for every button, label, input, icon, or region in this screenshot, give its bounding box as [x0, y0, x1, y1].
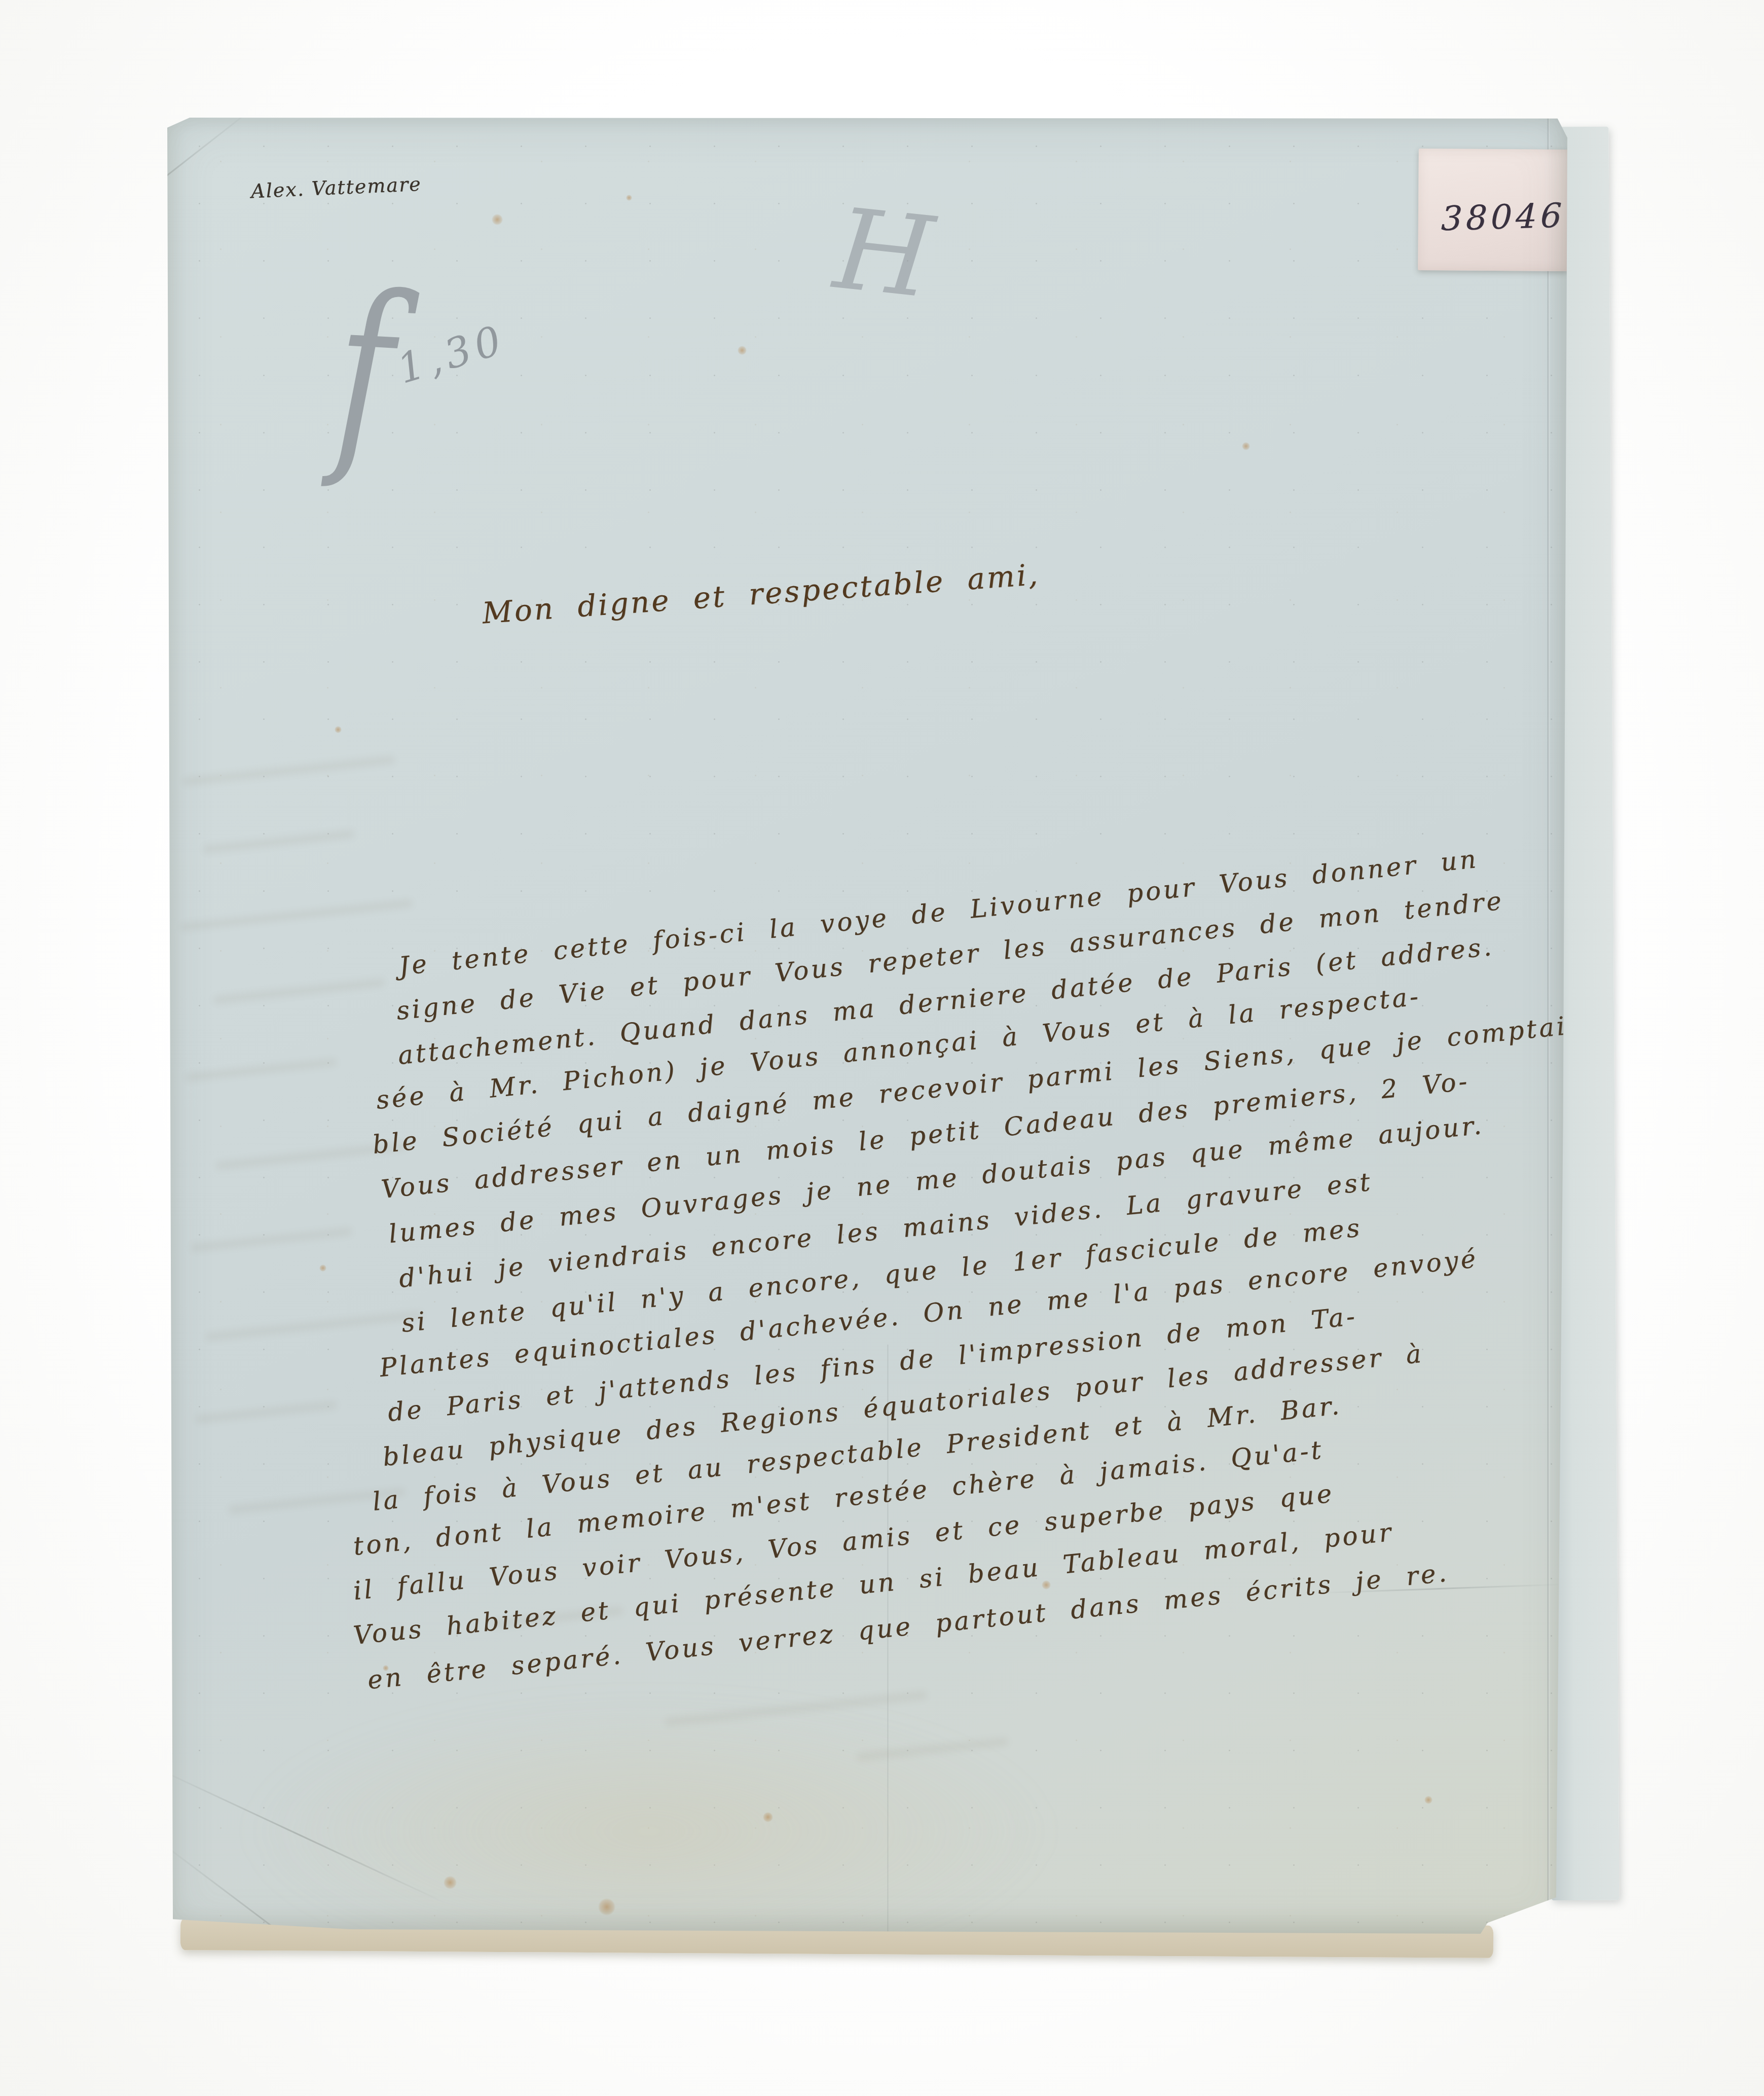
pencil-monogram: H [829, 184, 939, 323]
crease-bottom-left-2 [157, 1839, 360, 1993]
foxing-spot [444, 1876, 457, 1889]
ink-showthrough [213, 978, 385, 1004]
ink-showthrough [857, 1737, 1009, 1761]
ink-showthrough [180, 899, 413, 931]
foxing-spot [738, 346, 747, 355]
foxing-spot [335, 726, 342, 733]
foxing-spot [598, 1898, 615, 1916]
ink-showthrough [203, 829, 355, 853]
ink-showthrough [190, 1227, 352, 1252]
paper-discoloration [243, 1700, 1054, 1963]
foxing-spot [763, 1812, 773, 1822]
inventory-number: 38046 [1441, 196, 1566, 239]
photo-backdrop: Alex. Vattemare H f 1,30 Mon digne et re… [0, 0, 1764, 2096]
ink-showthrough [185, 1058, 337, 1081]
ink-showthrough [195, 1400, 337, 1423]
pencil-price-value: 1,30 [392, 315, 511, 393]
crease-bottom-left [152, 1765, 446, 1904]
letter-sheet: Alex. Vattemare H f 1,30 Mon digne et re… [167, 118, 1567, 1934]
foxing-spot [1242, 442, 1250, 450]
pencil-price-currency: f [331, 266, 398, 479]
foxing-spot [1424, 1796, 1432, 1804]
inventory-label: 38046 [1418, 149, 1569, 271]
foxing-spot [492, 214, 503, 225]
crease-top-left [162, 107, 254, 180]
ink-showthrough [665, 1691, 928, 1726]
ink-showthrough [205, 1311, 423, 1342]
ink-showthrough [182, 755, 395, 786]
foxing-spot [626, 195, 632, 201]
collector-inscription: Alex. Vattemare [250, 173, 422, 203]
letter-salutation: Mon digne et respectable ami, [481, 557, 1041, 631]
foxing-spot [1042, 1580, 1051, 1589]
foxing-spot [319, 1264, 326, 1272]
